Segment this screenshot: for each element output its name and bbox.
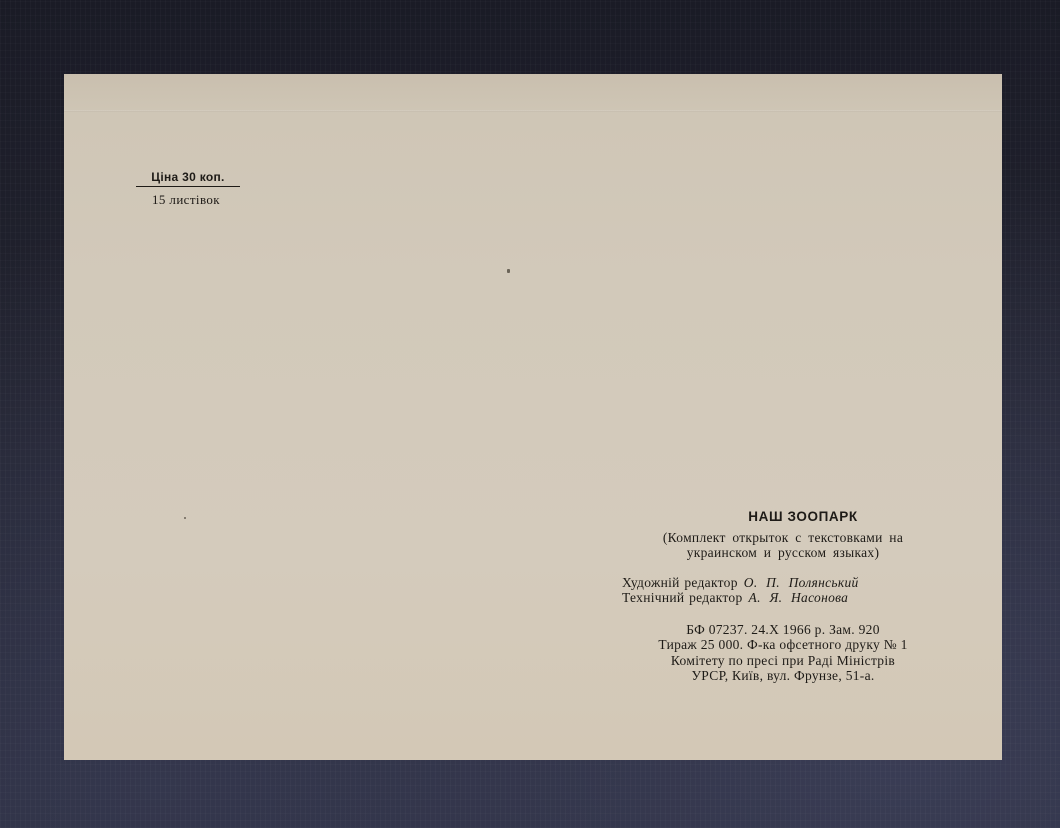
- price-block: Ціна 30 коп. 15 листівок: [132, 170, 240, 208]
- technical-editor-name: А. Я. Насонова: [749, 590, 849, 605]
- paper-speck: [184, 517, 186, 519]
- editors-credits: Художній редакторО. П. Полянський Техніч…: [618, 575, 948, 606]
- set-title: НАШ ЗООПАРК: [658, 509, 948, 525]
- art-editor-name: О. П. Полянський: [744, 575, 859, 590]
- publication-line-committee: Комітету по пресі при Раді Міністрів: [618, 653, 948, 669]
- art-editor-line: Художній редакторО. П. Полянський: [622, 575, 948, 591]
- technical-editor-role: Технічний редактор: [622, 590, 743, 605]
- publication-line-print-run: Тираж 25 000. Ф-ка офсетного друку № 1: [618, 637, 948, 653]
- price-label: Ціна 30 коп.: [136, 170, 240, 187]
- publication-line-order: БФ 07237. 24.X 1966 р. Зам. 920: [618, 622, 948, 638]
- paper-speck: [507, 269, 510, 273]
- publication-details: БФ 07237. 24.X 1966 р. Зам. 920 Тираж 25…: [618, 622, 948, 684]
- sheet-count: 15 листівок: [132, 192, 240, 208]
- technical-editor-line: Технічний редакторА. Я. Насонова: [622, 590, 948, 606]
- set-subtitle-line-2: украинском и русском языках): [618, 545, 948, 561]
- imprint-block: НАШ ЗООПАРК (Комплект открыток с текстов…: [618, 509, 948, 684]
- set-subtitle-line-1: (Комплект открыток с текстовками на: [618, 530, 948, 546]
- art-editor-role: Художній редактор: [622, 575, 738, 590]
- publication-line-address: УРСР, Київ, вул. Фрунзе, 51-а.: [618, 668, 948, 684]
